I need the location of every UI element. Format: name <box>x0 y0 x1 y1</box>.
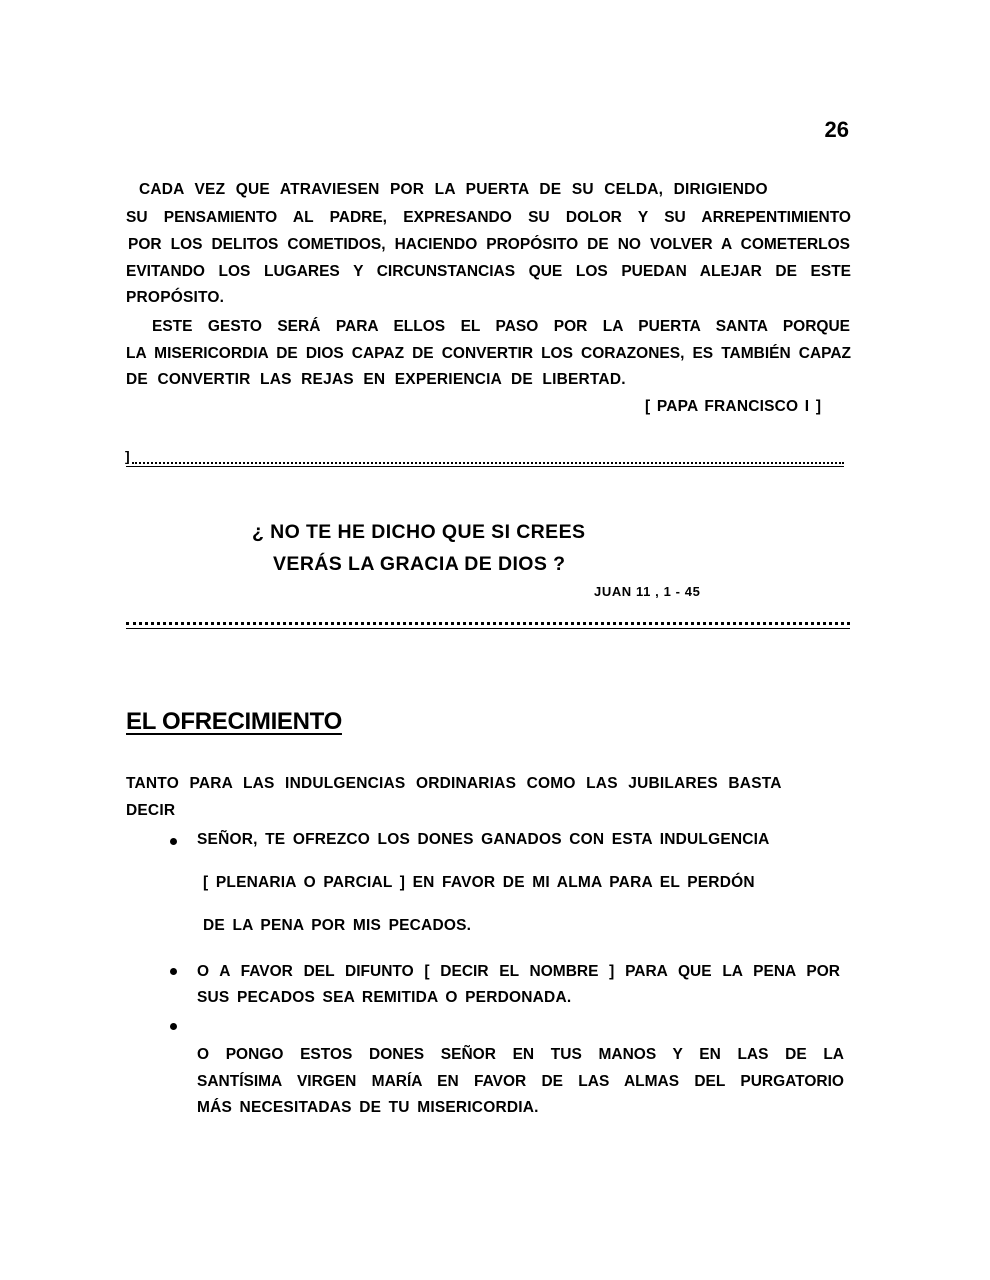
bullet-icon <box>170 1023 177 1030</box>
intro-line-1: CADA VEZ QUE ATRAVIESEN POR LA PUERTA DE… <box>139 181 839 199</box>
bullet-icon <box>170 838 177 845</box>
offering-item-2-line-1: O A FAVOR DEL DIFUNTO [ DECIR EL NOMBRE … <box>197 962 840 982</box>
offering-item-3-line-3: MÁS NECESITADAS DE TU MISERICORDIA. <box>197 1099 539 1117</box>
intro-line-4: EVITANDO LOS LUGARES Y CIRCUNSTANCIAS QU… <box>126 262 851 282</box>
intro-line-5: PROPÓSITO. <box>126 289 224 307</box>
section-heading: EL OFRECIMIENTO <box>126 708 342 736</box>
offering-intro-line-2: DECIR <box>126 802 175 820</box>
attribution: [ PAPA FRANCISCO I ] <box>645 398 821 416</box>
offering-item-3-line-2: SANTÍSIMA VIRGEN MARÍA EN FAVOR DE LAS A… <box>197 1072 844 1092</box>
quote-line-1: ¿ NO TE HE DICHO QUE SI CREES <box>252 521 585 544</box>
gesture-line-1: ESTE GESTO SERÁ PARA ELLOS EL PASO POR L… <box>152 317 850 337</box>
gesture-line-2: LA MISERICORDIA DE DIOS CAPAZ DE CONVERT… <box>126 344 851 364</box>
page-number: 26 <box>825 117 849 143</box>
offering-intro-line-1: TANTO PARA LAS INDULGENCIAS ORDINARIAS C… <box>126 775 782 793</box>
offering-item-2-line-2: SUS PECADOS SEA REMITIDA O PERDONADA. <box>197 989 571 1007</box>
intro-line-2: SU PENSAMIENTO AL PADRE, EXPRESANDO SU D… <box>126 208 851 228</box>
bullet-icon <box>170 968 177 975</box>
quote-citation: JUAN 11 , 1 - 45 <box>594 584 700 599</box>
offering-item-1-line-3: DE LA PENA POR MIS PECADOS. <box>203 917 471 935</box>
quote-line-2: VERÁS LA GRACIA DE DIOS ? <box>273 553 565 576</box>
gesture-line-3: DE CONVERTIR LAS REJAS EN EXPERIENCIA DE… <box>126 371 626 389</box>
offering-item-1-line-2: [ PLENARIA O PARCIAL ] EN FAVOR DE MI AL… <box>203 874 755 892</box>
intro-line-3: POR LOS DELITOS COMETIDOS, HACIENDO PROP… <box>128 235 850 255</box>
offering-item-3-line-1: O PONGO ESTOS DONES SEÑOR EN TUS MANOS Y… <box>197 1045 844 1065</box>
separator-bracket: ] <box>125 448 130 464</box>
offering-item-1-line-1: SEÑOR, TE OFREZCO LOS DONES GANADOS CON … <box>197 831 770 849</box>
document-page: 26 CADA VEZ QUE ATRAVIESEN POR LA PUERTA… <box>0 0 990 1280</box>
